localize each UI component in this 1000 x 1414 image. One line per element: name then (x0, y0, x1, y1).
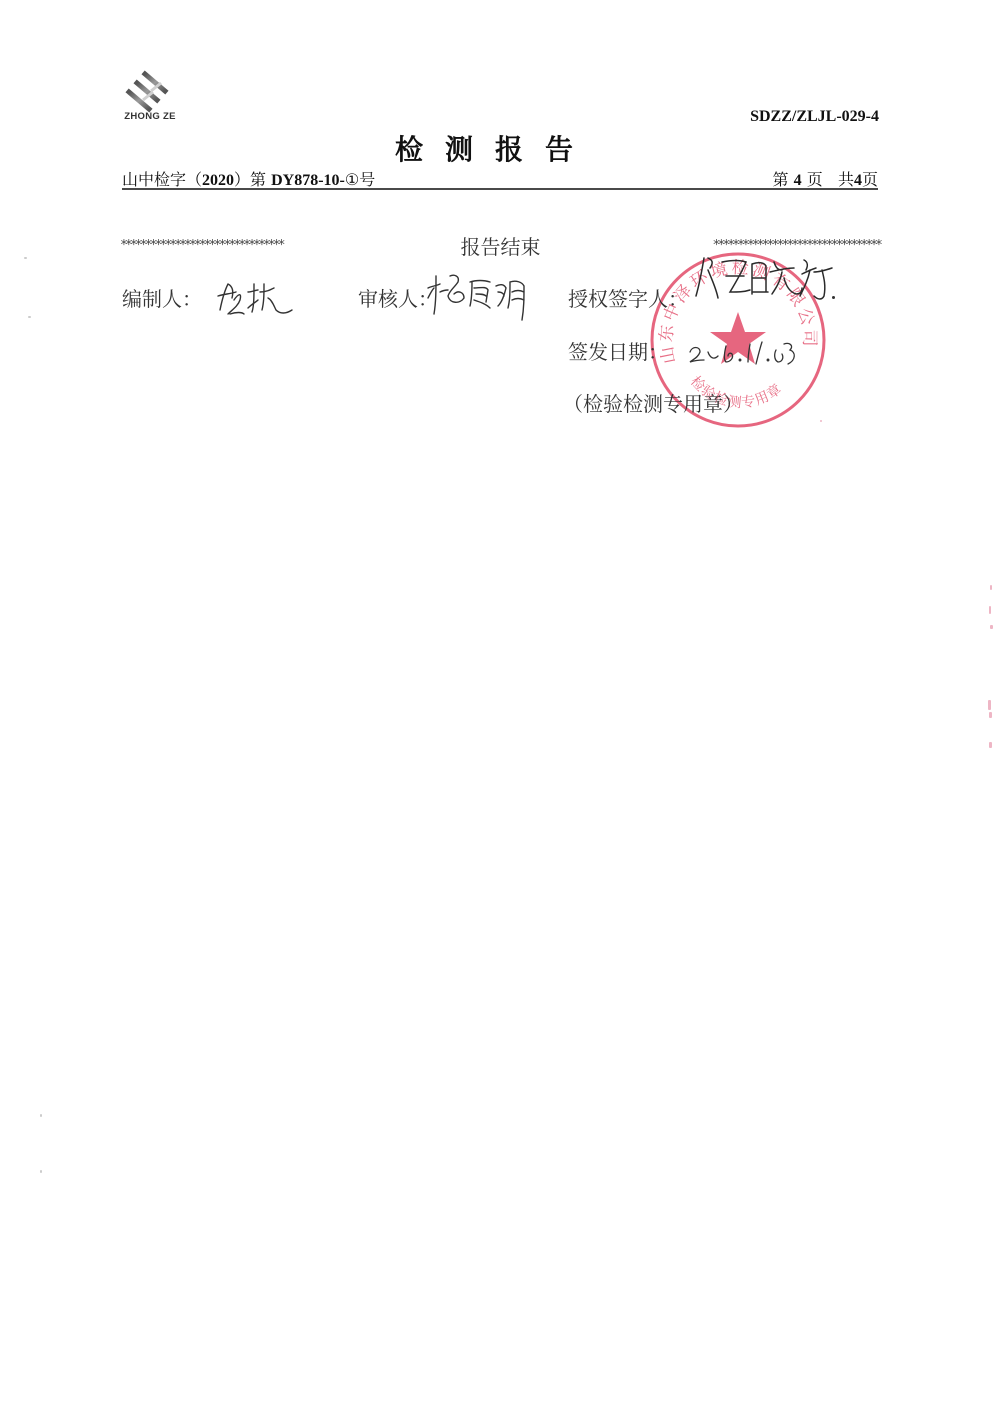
scan-speck (28, 316, 31, 318)
logo-text: ZHONG ZE (118, 111, 182, 122)
report-number-suffix: 号 (359, 170, 375, 189)
compiler-label: 编制人： (122, 283, 202, 312)
report-code: DY878-10- (271, 172, 345, 189)
page-info: 第 4 页 共4页 (772, 167, 878, 190)
total-label-suffix: 页 (862, 170, 878, 189)
reviewer-signature (424, 268, 544, 328)
page-number: 4 (794, 172, 802, 189)
page-label-suffix: 页 (807, 170, 823, 189)
authorized-signer-label: 授权签字人： (568, 283, 688, 312)
issue-date-label: 签发日期： (568, 336, 668, 365)
page-label: 第 (772, 170, 788, 189)
report-end-text: 报告结束 (453, 231, 543, 260)
scan-speck (24, 257, 27, 259)
scan-speck (990, 585, 992, 590)
scan-speck (990, 625, 993, 629)
authorized-signer-signature (686, 252, 846, 312)
report-number-prefix: 山中检字（ (122, 170, 202, 189)
zhongze-stripes-logo-icon (118, 70, 188, 114)
scan-speck (989, 712, 992, 718)
scan-speck (40, 1114, 42, 1117)
report-number: 山中检字（2020）第 DY878-10-①号 (122, 167, 375, 190)
issue-date-handwritten: 2020.11.03 (686, 338, 806, 368)
header-divider (122, 188, 878, 190)
scan-speck (40, 1170, 42, 1173)
total-label: 共 (838, 170, 854, 189)
scan-speck (989, 742, 992, 748)
document-title: 检测报告 (395, 128, 615, 168)
scan-speck (989, 606, 991, 614)
report-circled-number: ① (345, 170, 359, 189)
seal-note: （检验检测专用章） (563, 388, 743, 417)
report-number-middle: ）第 (234, 170, 271, 189)
scan-speck (820, 420, 822, 422)
form-code: SDZZ/ZLJL-029-4 (750, 108, 879, 126)
stars-left: ********************************* (120, 238, 283, 253)
signature-dot (832, 296, 835, 299)
report-year: 2020 (202, 172, 234, 189)
compiler-signature (214, 270, 304, 325)
scan-speck (988, 700, 991, 710)
total-pages: 4 (854, 172, 862, 189)
